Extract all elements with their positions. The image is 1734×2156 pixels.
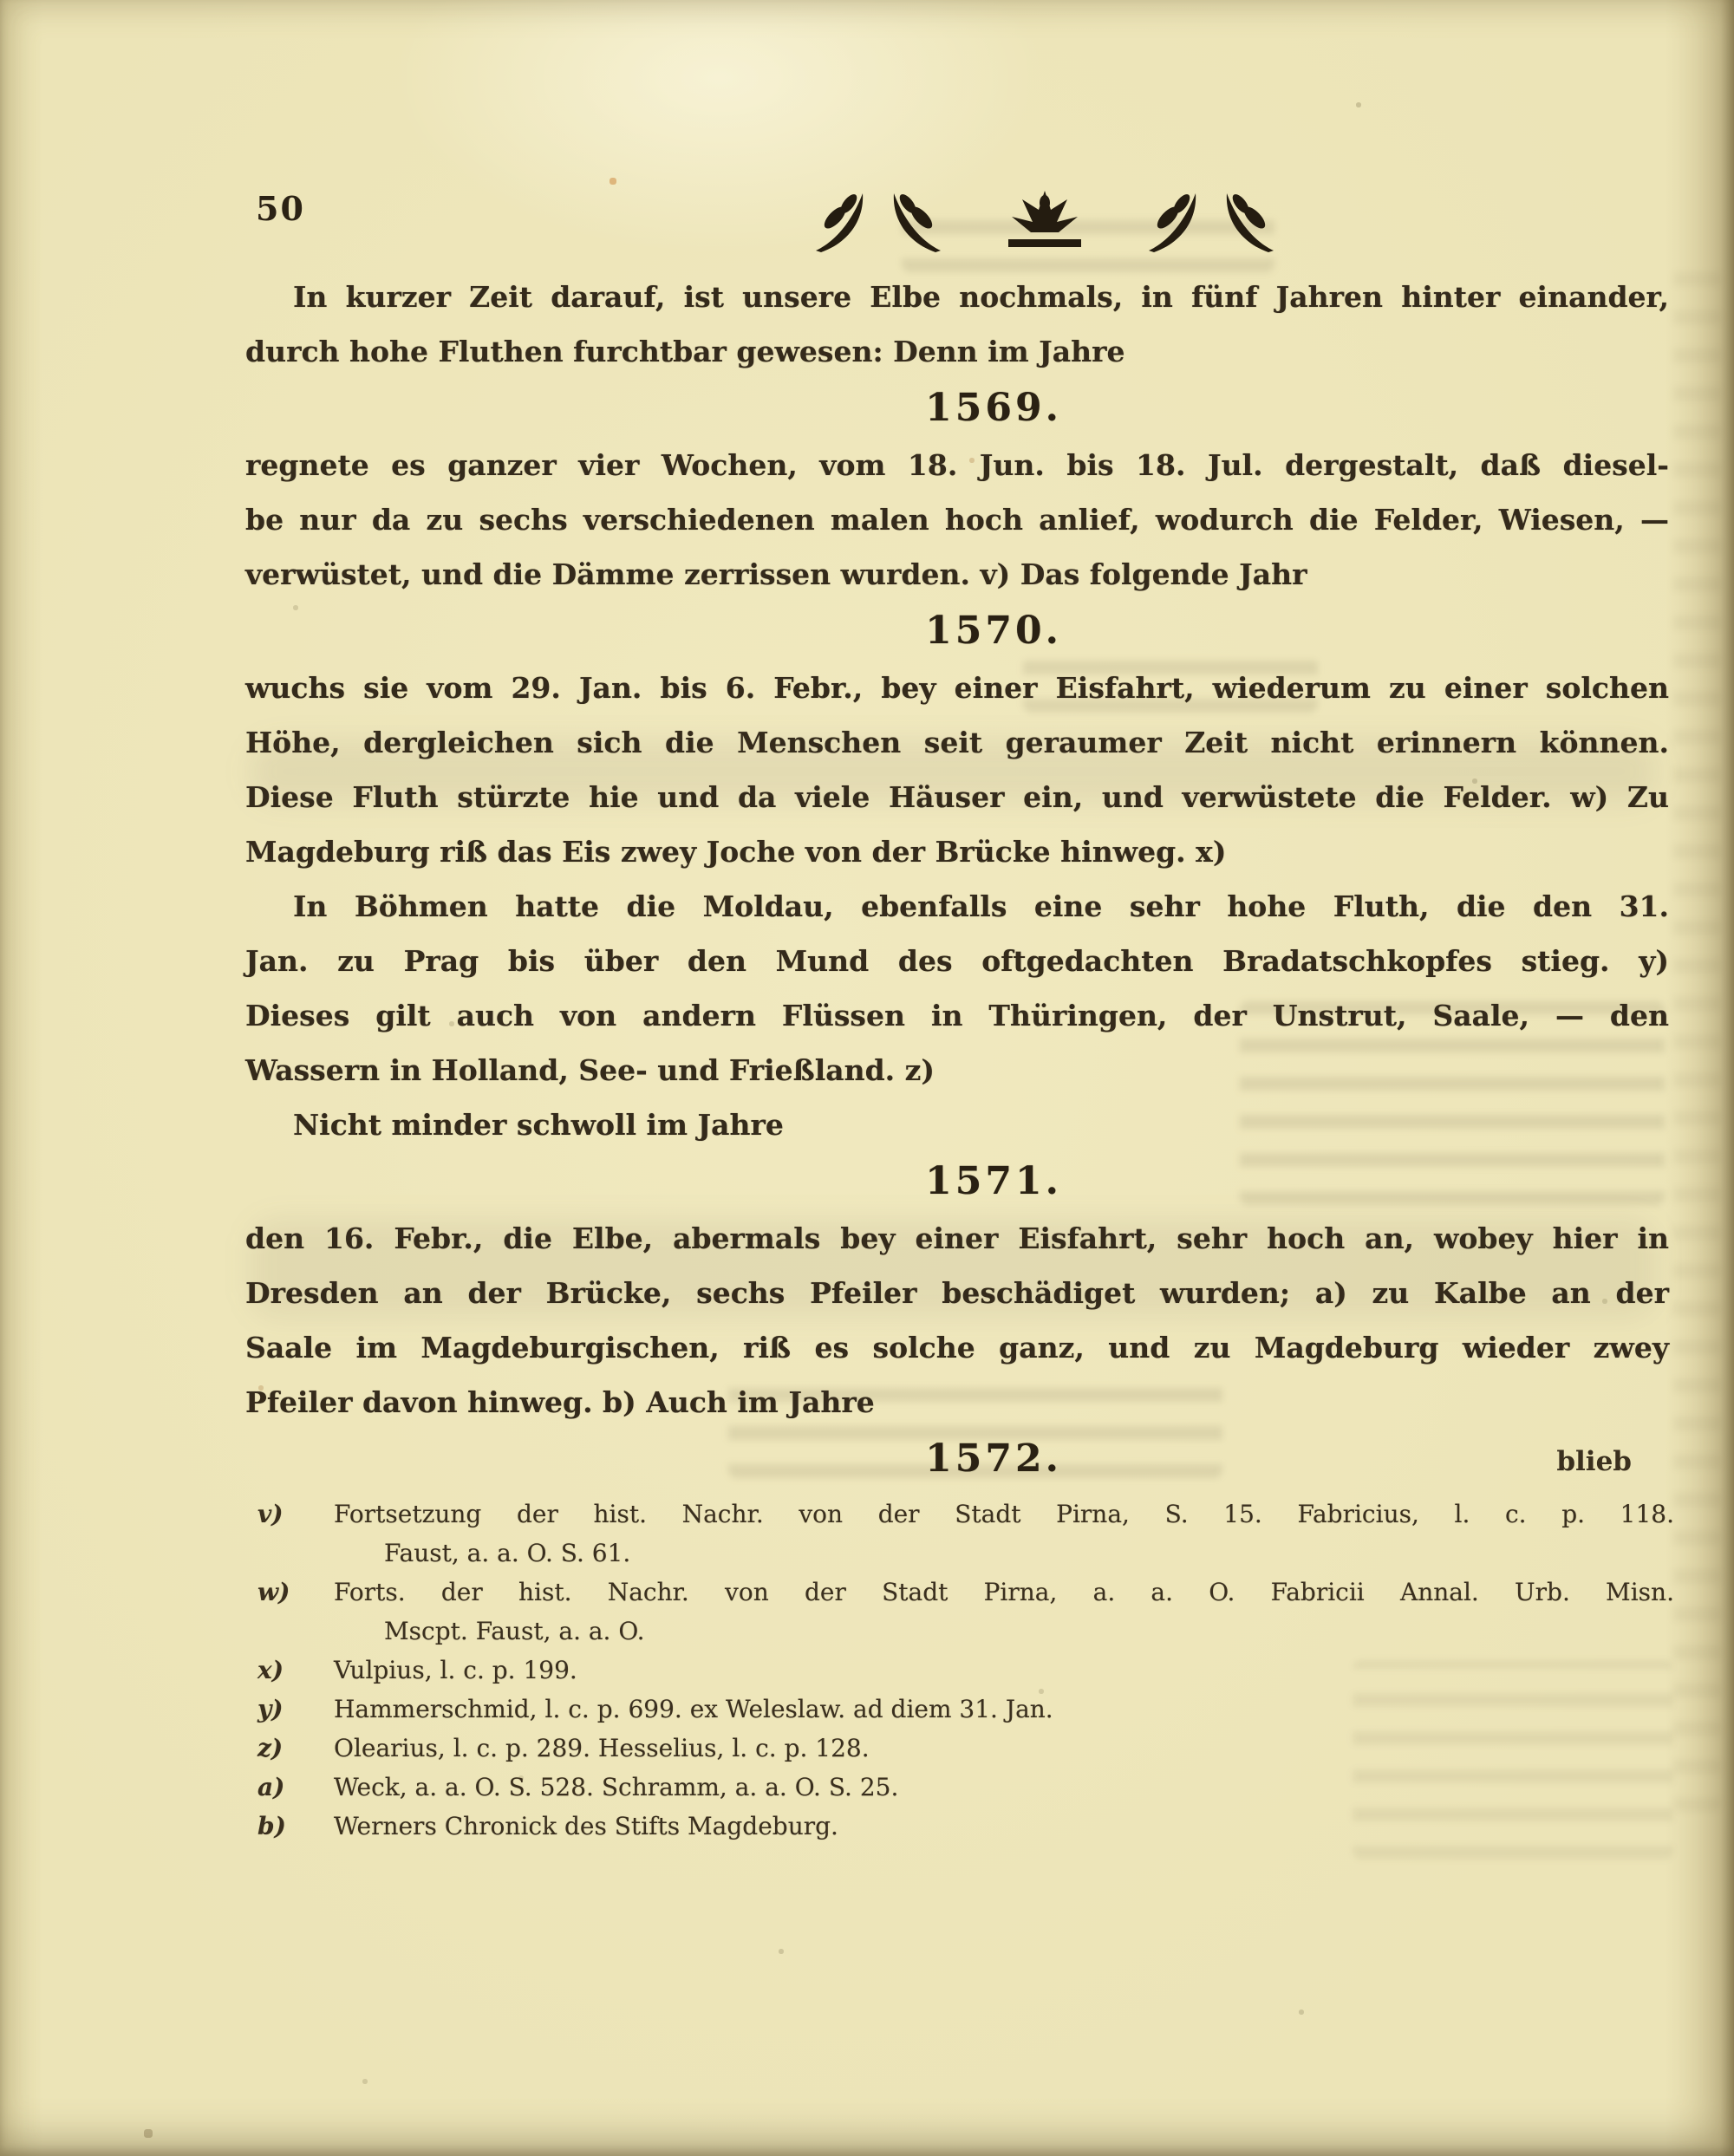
text-line: Wassern in Holland, See- und Frießland. …	[245, 1043, 1669, 1098]
text-line: regnete es ganzer vier Wochen, vom 18. J…	[245, 438, 1669, 492]
text-line: den 16. Febr., die Elbe, abermals bey ei…	[245, 1211, 1669, 1266]
footnote-x: x) Vulpius, l. c. p. 199.	[245, 1651, 1674, 1690]
text-line: Höhe, dergleichen sich die Menschen seit…	[245, 715, 1669, 770]
footnote-line: Olearius, l. c. p. 289. Hesselius, l. c.…	[334, 1729, 1674, 1768]
footnote-line: Fortsetzung der hist. Nachr. von der Sta…	[334, 1495, 1674, 1534]
footnote-line: Vulpius, l. c. p. 199.	[334, 1651, 1674, 1690]
footnote-label: z)	[257, 1729, 283, 1768]
footnote-b: b) Werners Chronick des Stifts Magdeburg…	[245, 1807, 1674, 1846]
footnote-label: y)	[257, 1690, 284, 1729]
footnote-line: Mscpt. Faust, a. a. O.	[334, 1612, 1674, 1651]
header-ornaments	[785, 186, 1305, 260]
footnote-label: a)	[257, 1768, 284, 1807]
text-line: Dieses gilt auch von andern Flüssen in T…	[245, 988, 1669, 1043]
footnote-y: y) Hammerschmid, l. c. p. 699. ex Welesl…	[245, 1690, 1674, 1729]
footnote-line: Weck, a. a. O. S. 528. Schramm, a. a. O.…	[334, 1768, 1674, 1807]
text-line: In Böhmen hatte die Moldau, ebenfalls ei…	[245, 879, 1669, 934]
footnote-label: w)	[257, 1573, 290, 1612]
text-line: be nur da zu sechs verschiedenen malen h…	[245, 492, 1669, 547]
footnote-line: Forts. der hist. Nachr. von der Stadt Pi…	[334, 1573, 1674, 1612]
footnote-label: v)	[257, 1495, 284, 1534]
crown-fleuron-icon	[1003, 189, 1086, 257]
book-page-scan: 50 In kurzer Zeit darauf, ist unsere Elb…	[0, 0, 1734, 2156]
footnote-a: a) Weck, a. a. O. S. 528. Schramm, a. a.…	[245, 1768, 1674, 1807]
catchword: blieb	[1556, 1446, 1632, 1477]
footnotes-block: v) Fortsetzung der hist. Nachr. von der …	[245, 1495, 1674, 1846]
text-line: Magdeburg riß das Eis zwey Joche von der…	[245, 824, 1669, 879]
paper-speckles	[0, 0, 2, 2]
year-heading-1569: 1569.	[318, 385, 1669, 432]
footnote-line: Hammerschmid, l. c. p. 699. ex Weleslaw.…	[334, 1690, 1674, 1729]
year-heading-1572: 1572.	[318, 1436, 1669, 1482]
footnote-line: Faust, a. a. O. S. 61.	[334, 1534, 1674, 1573]
bleed-through	[1673, 251, 1721, 1812]
footnote-w: w) Forts. der hist. Nachr. von der Stadt…	[245, 1573, 1674, 1651]
page-number: 50	[256, 189, 305, 228]
text-line: In kurzer Zeit darauf, ist unsere Elbe n…	[245, 270, 1669, 324]
text-line: Pfeiler davon hinweg. b) Auch im Jahre	[245, 1375, 1669, 1430]
footnote-v: v) Fortsetzung der hist. Nachr. von der …	[245, 1495, 1674, 1573]
text-line: verwüstet, und die Dämme zerrissen wurde…	[245, 547, 1669, 602]
aldine-leaves-icon	[809, 188, 948, 257]
footnote-label: x)	[257, 1651, 284, 1690]
text-line: Saale im Magdeburgischen, riß es solche …	[245, 1320, 1669, 1375]
aldine-leaves-icon	[1142, 188, 1281, 257]
text-line: Diese Fluth stürzte hie und da viele Häu…	[245, 770, 1669, 824]
text-line: durch hohe Fluthen furchtbar gewesen: De…	[245, 324, 1669, 379]
text-line: wuchs sie vom 29. Jan. bis 6. Febr., bey…	[245, 661, 1669, 715]
year-heading-1570: 1570.	[318, 608, 1669, 655]
footnote-label: b)	[257, 1807, 286, 1846]
text-line: Nicht minder schwoll im Jahre	[245, 1098, 1669, 1152]
main-text-block: In kurzer Zeit darauf, ist unsere Elbe n…	[245, 270, 1669, 1488]
text-line: Dresden an der Brücke, sechs Pfeiler bes…	[245, 1266, 1669, 1320]
text-line: Jan. zu Prag bis über den Mund des oftge…	[245, 934, 1669, 988]
footnote-line: Werners Chronick des Stifts Magdeburg.	[334, 1807, 1674, 1846]
footnote-z: z) Olearius, l. c. p. 289. Hesselius, l.…	[245, 1729, 1674, 1768]
year-heading-1571: 1571.	[318, 1158, 1669, 1205]
